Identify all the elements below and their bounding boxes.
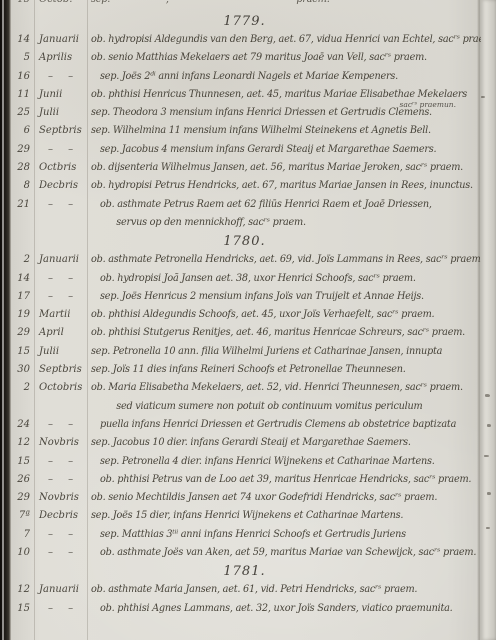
register-row: 25 Julii sep. Theodora 3 mensium infans … xyxy=(11,104,490,122)
month-cell: – – xyxy=(30,471,100,489)
day-cell: 14 xyxy=(11,270,30,288)
month-cell: – – xyxy=(30,453,100,471)
month-cell: Septbris xyxy=(30,361,91,379)
register-row: 11 Junii ob. phthisi Henricus Thunnesen,… xyxy=(11,86,490,104)
day-cell: 12 xyxy=(11,434,30,452)
entry-text: ob. senio Mechtildis Jansen aet 74 uxor … xyxy=(91,489,478,507)
entry-text: sep. Theodora 3 mensium infans Henrici D… xyxy=(91,104,478,122)
entry-text: ob. phthisi Petrus van de Loo aet 39, ma… xyxy=(100,471,478,489)
entry-text: sep. —— ——— , ———— —— ——— ——— praem. xyxy=(91,0,478,8)
entry-text: ob. senio Matthias Mekelaers aet 79 mari… xyxy=(91,49,478,67)
register-row: 15 – – ob. phthisi Agnes Lammans, aet. 3… xyxy=(11,600,490,618)
register-row: 2 Octobris ob. Maria Elisabetha Mekelaer… xyxy=(11,379,490,397)
register-row: 19 Martii ob. phthisi Aldegundis Schoofs… xyxy=(11,306,490,324)
entry-text: puella infans Henrici Driessen et Gertru… xyxy=(100,416,478,434)
month-cell: – – xyxy=(30,544,100,562)
register-row: 6 Septbris sep. Wilhelmina 11 mensium in… xyxy=(11,122,490,140)
entry-text: ob. asthmate Petrus Raem aet 62 filiūs H… xyxy=(100,196,478,214)
entry-text: sep. Joës 15 dier, infans Henrici Wijnek… xyxy=(91,507,478,525)
entry-text: ob. asthmate Maria Jansen, aet. 61, vid.… xyxy=(91,581,478,599)
day-cell: 5 xyxy=(11,49,30,67)
register-row: 16 – – sep. Joës 2ᵈⁱ anni infans Leonard… xyxy=(11,68,490,86)
month-cell: Octobris xyxy=(30,379,91,397)
day-cell: 19 xyxy=(11,306,30,324)
register-row: 7ª Decbris sep. Joës 15 dier, infans Hen… xyxy=(11,507,490,525)
month-cell: – – xyxy=(30,526,100,544)
register-row: 12 Novbris sep. Jacobus 10 dier. infans … xyxy=(11,434,490,452)
day-cell: 7 xyxy=(11,526,30,544)
register-row: 29 Novbris ob. senio Mechtildis Jansen a… xyxy=(11,489,490,507)
register-row: 21 – – ob. asthmate Petrus Raem aet 62 f… xyxy=(11,196,490,214)
register-row: 17 – – sep. Joës Henricus 2 mensium infa… xyxy=(11,288,490,306)
day-cell: 15 xyxy=(11,453,30,471)
register-row: 12 Januarii ob. asthmate Maria Jansen, a… xyxy=(11,581,490,599)
month-cell: Decbris xyxy=(30,177,91,195)
month-cell: Octbris xyxy=(30,159,91,177)
register-row: 10 – – ob. asthmate Joës van Aken, aet 5… xyxy=(11,544,490,562)
entry-text: ob. hydropisi Joã Jansen aet. 38, uxor H… xyxy=(100,270,478,288)
day-cell: 21 xyxy=(11,196,30,214)
entry-text: sep. Joës Henricus 2 mensium infans Joïs… xyxy=(100,288,478,306)
day-cell: 29 xyxy=(11,141,30,159)
month-cell: Junii xyxy=(30,86,91,104)
entry-text: sep. Joïs 11 dies infans Reineri Schoofs… xyxy=(91,361,478,379)
entry-text: sed viaticum sumere non potuit ob contin… xyxy=(91,398,478,416)
day-cell: 15 xyxy=(11,0,30,8)
left-scan-sliver xyxy=(2,0,4,640)
day-cell: 28 xyxy=(11,159,30,177)
month-cell: Julii xyxy=(30,104,91,122)
year-heading: 1780. xyxy=(11,232,484,251)
register-row: 24 – – puella infans Henrici Driessen et… xyxy=(11,416,490,434)
day-cell: 26 xyxy=(11,471,30,489)
entry-text: ob. Maria Elisabetha Mekelaers, aet. 52,… xyxy=(91,379,478,397)
day-cell: 6 xyxy=(11,122,30,140)
entry-text: ob. hydropisi Aldegundis van den Berg, a… xyxy=(91,31,496,49)
day-cell: 11 xyxy=(11,86,30,104)
entry-text: sep. Petronella 4 dier. infans Henrici W… xyxy=(100,453,478,471)
month-cell: Novbris xyxy=(30,434,91,452)
month-cell: April xyxy=(30,324,91,342)
month-cell: – – xyxy=(30,288,100,306)
day-cell: 29 xyxy=(11,324,30,342)
entry-text: ob. asthmate Joës van Aken, aet 59, mari… xyxy=(100,544,478,562)
day-cell: 7ª xyxy=(11,507,30,525)
month-cell: Martii xyxy=(30,306,91,324)
entry-text: sep. Wilhelmina 11 mensium infans Wilhel… xyxy=(91,122,478,140)
entry-text: sep. Jacobus 10 dier. infans Gerardi Ste… xyxy=(91,434,478,452)
entry-text: sep. Matthias 3ᵗⁱⁱ anni infans Henrici S… xyxy=(100,526,478,544)
day-cell: 12 xyxy=(11,581,30,599)
register-row: 15 – – sep. Petronella 4 dier. infans He… xyxy=(11,453,490,471)
register-row: 15 Julii sep. Petronella 10 ann. filia W… xyxy=(11,343,490,361)
register-entries: 1779. 14 Januarii ob. hydropisi Aldegund… xyxy=(11,12,490,618)
entry-text: sep. Joës 2ᵈⁱ anni infans Leonardi Nagel… xyxy=(100,68,478,86)
register-row: 28 Octbris ob. dijsenteria Wilhelmus Jan… xyxy=(11,159,490,177)
day-cell: 15 xyxy=(11,343,30,361)
entry-text: ob. phthisi Stutgerus Renitjes, aet. 46,… xyxy=(91,324,478,342)
month-cell: – – xyxy=(30,416,100,434)
register-row: 29 April ob. phthisi Stutgerus Renitjes,… xyxy=(11,324,490,342)
register-row: 14 – – ob. hydropisi Joã Jansen aet. 38,… xyxy=(11,270,490,288)
month-cell: Januarii xyxy=(30,581,91,599)
month-cell: Septbris xyxy=(30,122,91,140)
month-cell: – – xyxy=(30,270,100,288)
day-cell: 14 xyxy=(11,31,30,49)
day-cell: 8 xyxy=(11,177,30,195)
register-row: 29 – – sep. Jacobus 4 mensium infans Ger… xyxy=(11,141,490,159)
month-cell: – – xyxy=(30,68,100,86)
entry-text: ob. phthisi Agnes Lammans, aet. 32, uxor… xyxy=(100,600,478,618)
register-row: 2 Januarii ob. asthmate Petronella Hendr… xyxy=(11,251,490,269)
register-row: 26 – – ob. phthisi Petrus van de Loo aet… xyxy=(11,471,490,489)
month-cell: – – xyxy=(30,141,100,159)
day-cell: 2 xyxy=(11,251,30,269)
year-heading: 1781. xyxy=(11,562,484,581)
day-cell: 29 xyxy=(11,489,30,507)
day-cell: 2 xyxy=(11,379,30,397)
register-row: 14 Januarii ob. hydropisi Aldegundis van… xyxy=(11,31,490,49)
register-row: 5 Aprilis ob. senio Matthias Mekelaers a… xyxy=(11,49,490,67)
day-cell: 25 xyxy=(11,104,30,122)
month-cell: Aprilis xyxy=(30,49,91,67)
entry-text: ob. hydropisi Petrus Hendricks, aet. 67,… xyxy=(91,177,478,195)
month-cell: Januarii xyxy=(30,251,91,269)
register-row: servus op den mennickhoff, sacʳˢ praem. xyxy=(11,214,490,232)
month-cell: Julii xyxy=(30,343,91,361)
month-cell: Octob. xyxy=(30,0,91,8)
entry-text: ob. dijsenteria Wilhelmus Jansen, aet. 5… xyxy=(91,159,478,177)
year-heading: 1779. xyxy=(11,12,484,31)
register-row: 8 Decbris ob. hydropisi Petrus Hendricks… xyxy=(11,177,490,195)
month-cell: – – xyxy=(30,196,100,214)
day-cell: 16 xyxy=(11,68,30,86)
entry-text: servus op den mennickhoff, sacʳˢ praem. xyxy=(91,214,478,232)
entry-text: sep. Jacobus 4 mensium infans Gerardi St… xyxy=(100,141,478,159)
top-cropped-row: 15 Octob. sep. —— ——— , ———— —— ——— ——— … xyxy=(11,0,490,8)
entry-text: sep. Petronella 10 ann. filia Wilhelmi J… xyxy=(91,343,478,361)
entry-text: ob. asthmate Petronella Hendricks, aet. … xyxy=(91,251,483,269)
day-cell: 10 xyxy=(11,544,30,562)
day-cell: 30 xyxy=(11,361,30,379)
month-cell: – – xyxy=(30,600,100,618)
day-cell: 15 xyxy=(11,600,30,618)
register-row: 7 – – sep. Matthias 3ᵗⁱⁱ anni infans Hen… xyxy=(11,526,490,544)
register-page: 15 Octob. sep. —— ——— , ———— —— ——— ——— … xyxy=(11,0,496,640)
register-row: 30 Septbris sep. Joïs 11 dies infans Rei… xyxy=(11,361,490,379)
month-cell: Novbris xyxy=(30,489,91,507)
day-cell: 24 xyxy=(11,416,30,434)
day-cell: 17 xyxy=(11,288,30,306)
month-cell: Decbris xyxy=(30,507,91,525)
month-cell: Januarii xyxy=(30,31,91,49)
entry-text: ob. phthisi Aldegundis Schoofs, aet. 45,… xyxy=(91,306,478,324)
register-row: sed viaticum sumere non potuit ob contin… xyxy=(11,398,490,416)
